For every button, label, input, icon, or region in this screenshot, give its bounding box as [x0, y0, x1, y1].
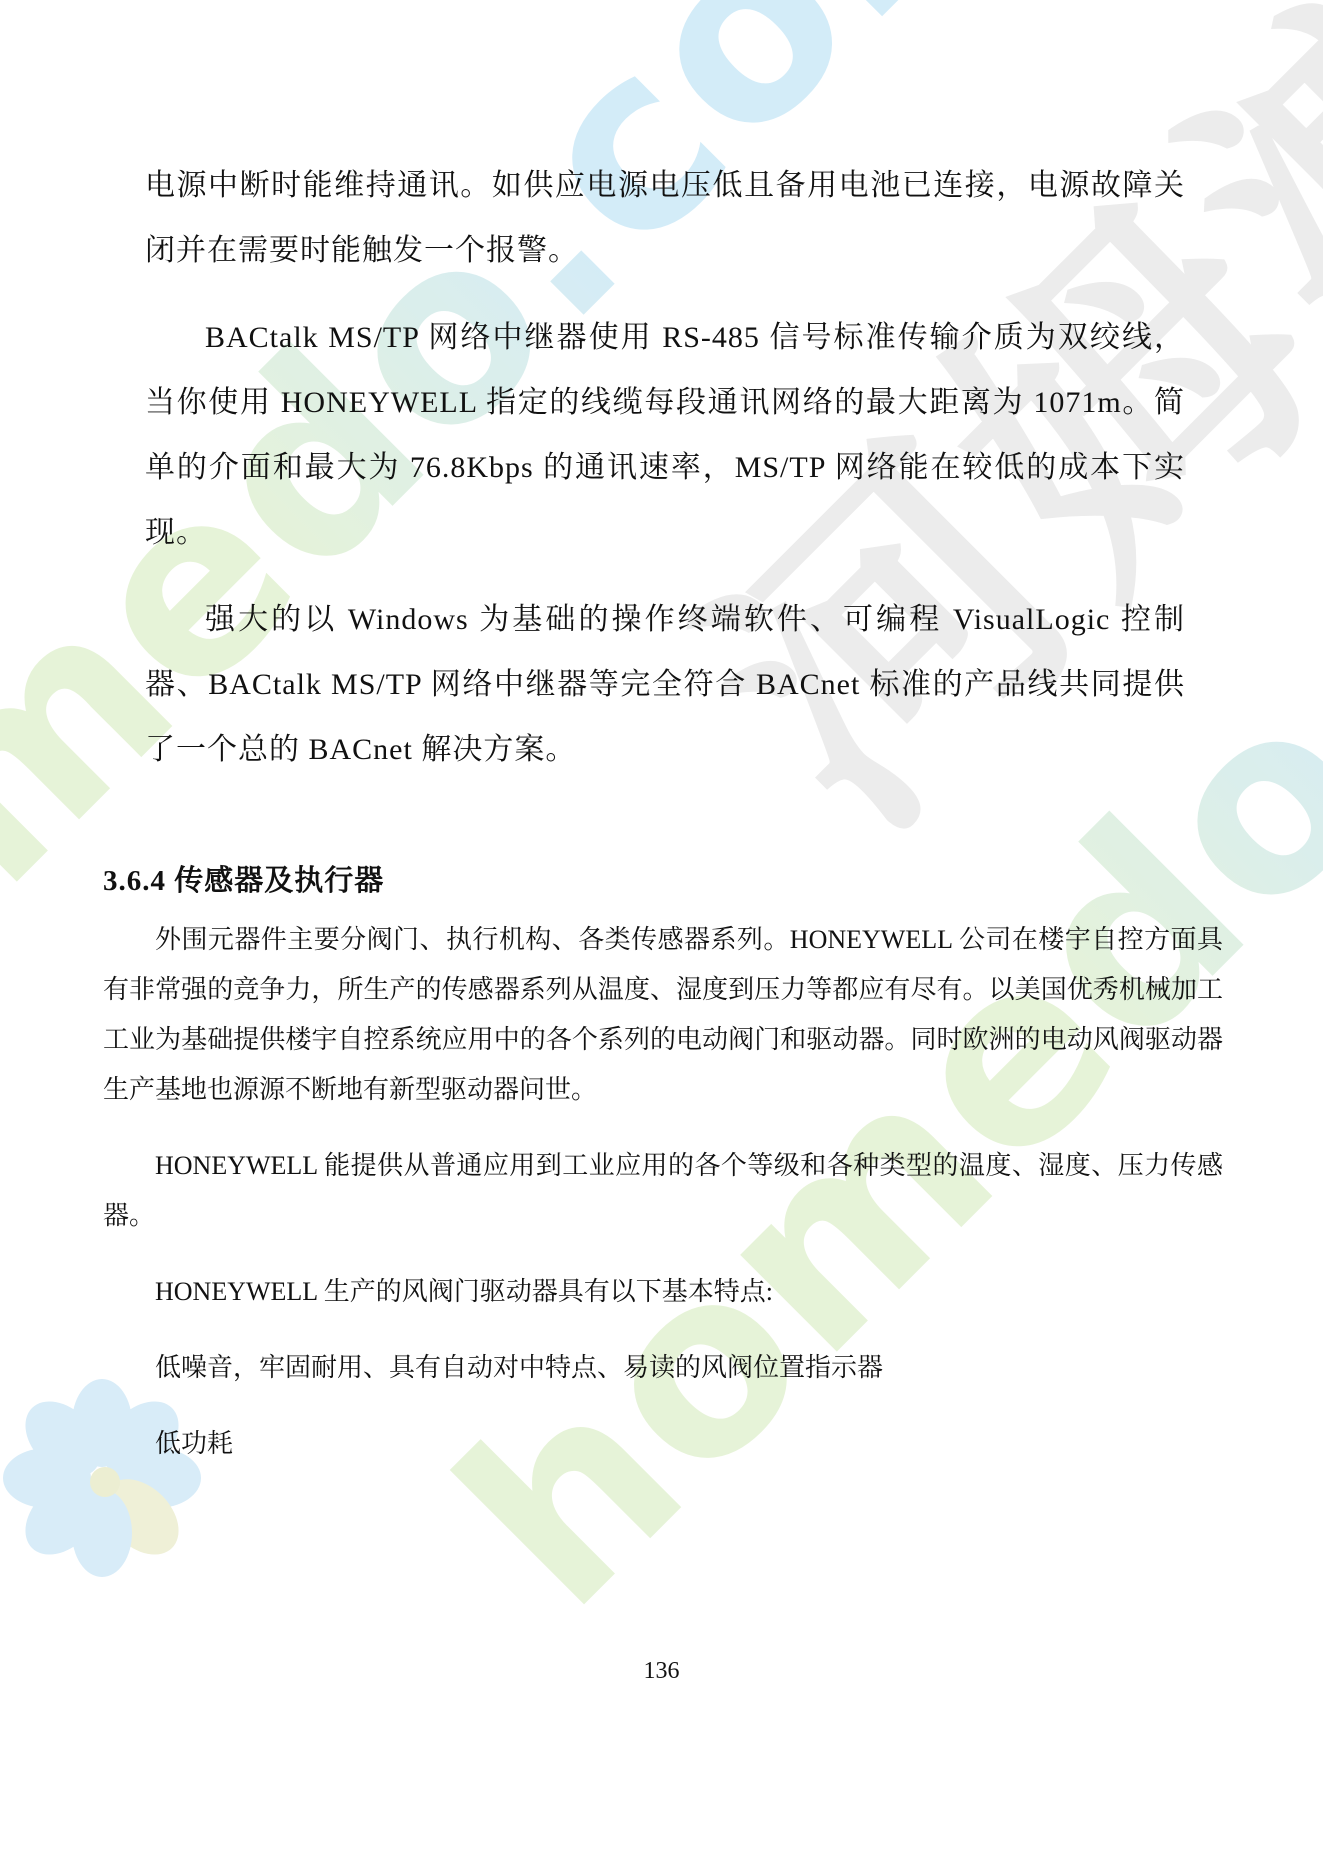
paragraph: 电源中断时能维持通讯。如供应电源电压低且备用电池已连接，电源故障关闭并在需要时能… [145, 153, 1185, 283]
sensors-section: 外围元器件主要分阀门、执行机构、各类传感器系列。HONEYWELL 公司在楼宇自… [103, 915, 1223, 1469]
intro-section: 电源中断时能维持通讯。如供应电源电压低且备用电池已连接，电源故障关闭并在需要时能… [145, 153, 1185, 782]
paragraph: HONEYWELL 生产的风阀门驱动器具有以下基本特点: [103, 1267, 1223, 1317]
paragraph: 强大的以 Windows 为基础的操作终端软件、可编程 VisualLogic … [145, 587, 1185, 782]
section-heading: 3.6.4 传感器及执行器 [103, 858, 1323, 899]
document-page: homedo.com homedo.com 河姆渡 电源中断时能维持通讯。如供应… [0, 0, 1323, 1871]
page-number: 136 [0, 1658, 1323, 1685]
paragraph: 低功耗 [103, 1419, 1223, 1469]
paragraph: 外围元器件主要分阀门、执行机构、各类传感器系列。HONEYWELL 公司在楼宇自… [103, 915, 1223, 1115]
paragraph: 低噪音，牢固耐用、具有自动对中特点、易读的风阀位置指示器 [103, 1343, 1223, 1393]
paragraph: HONEYWELL 能提供从普通应用到工业应用的各个等级和各种类型的温度、湿度、… [103, 1141, 1223, 1241]
paragraph: BACtalk MS/TP 网络中继器使用 RS-485 信号标准传输介质为双绞… [145, 305, 1185, 565]
page-content: 电源中断时能维持通讯。如供应电源电压低且备用电池已连接，电源故障关闭并在需要时能… [0, 0, 1323, 1871]
